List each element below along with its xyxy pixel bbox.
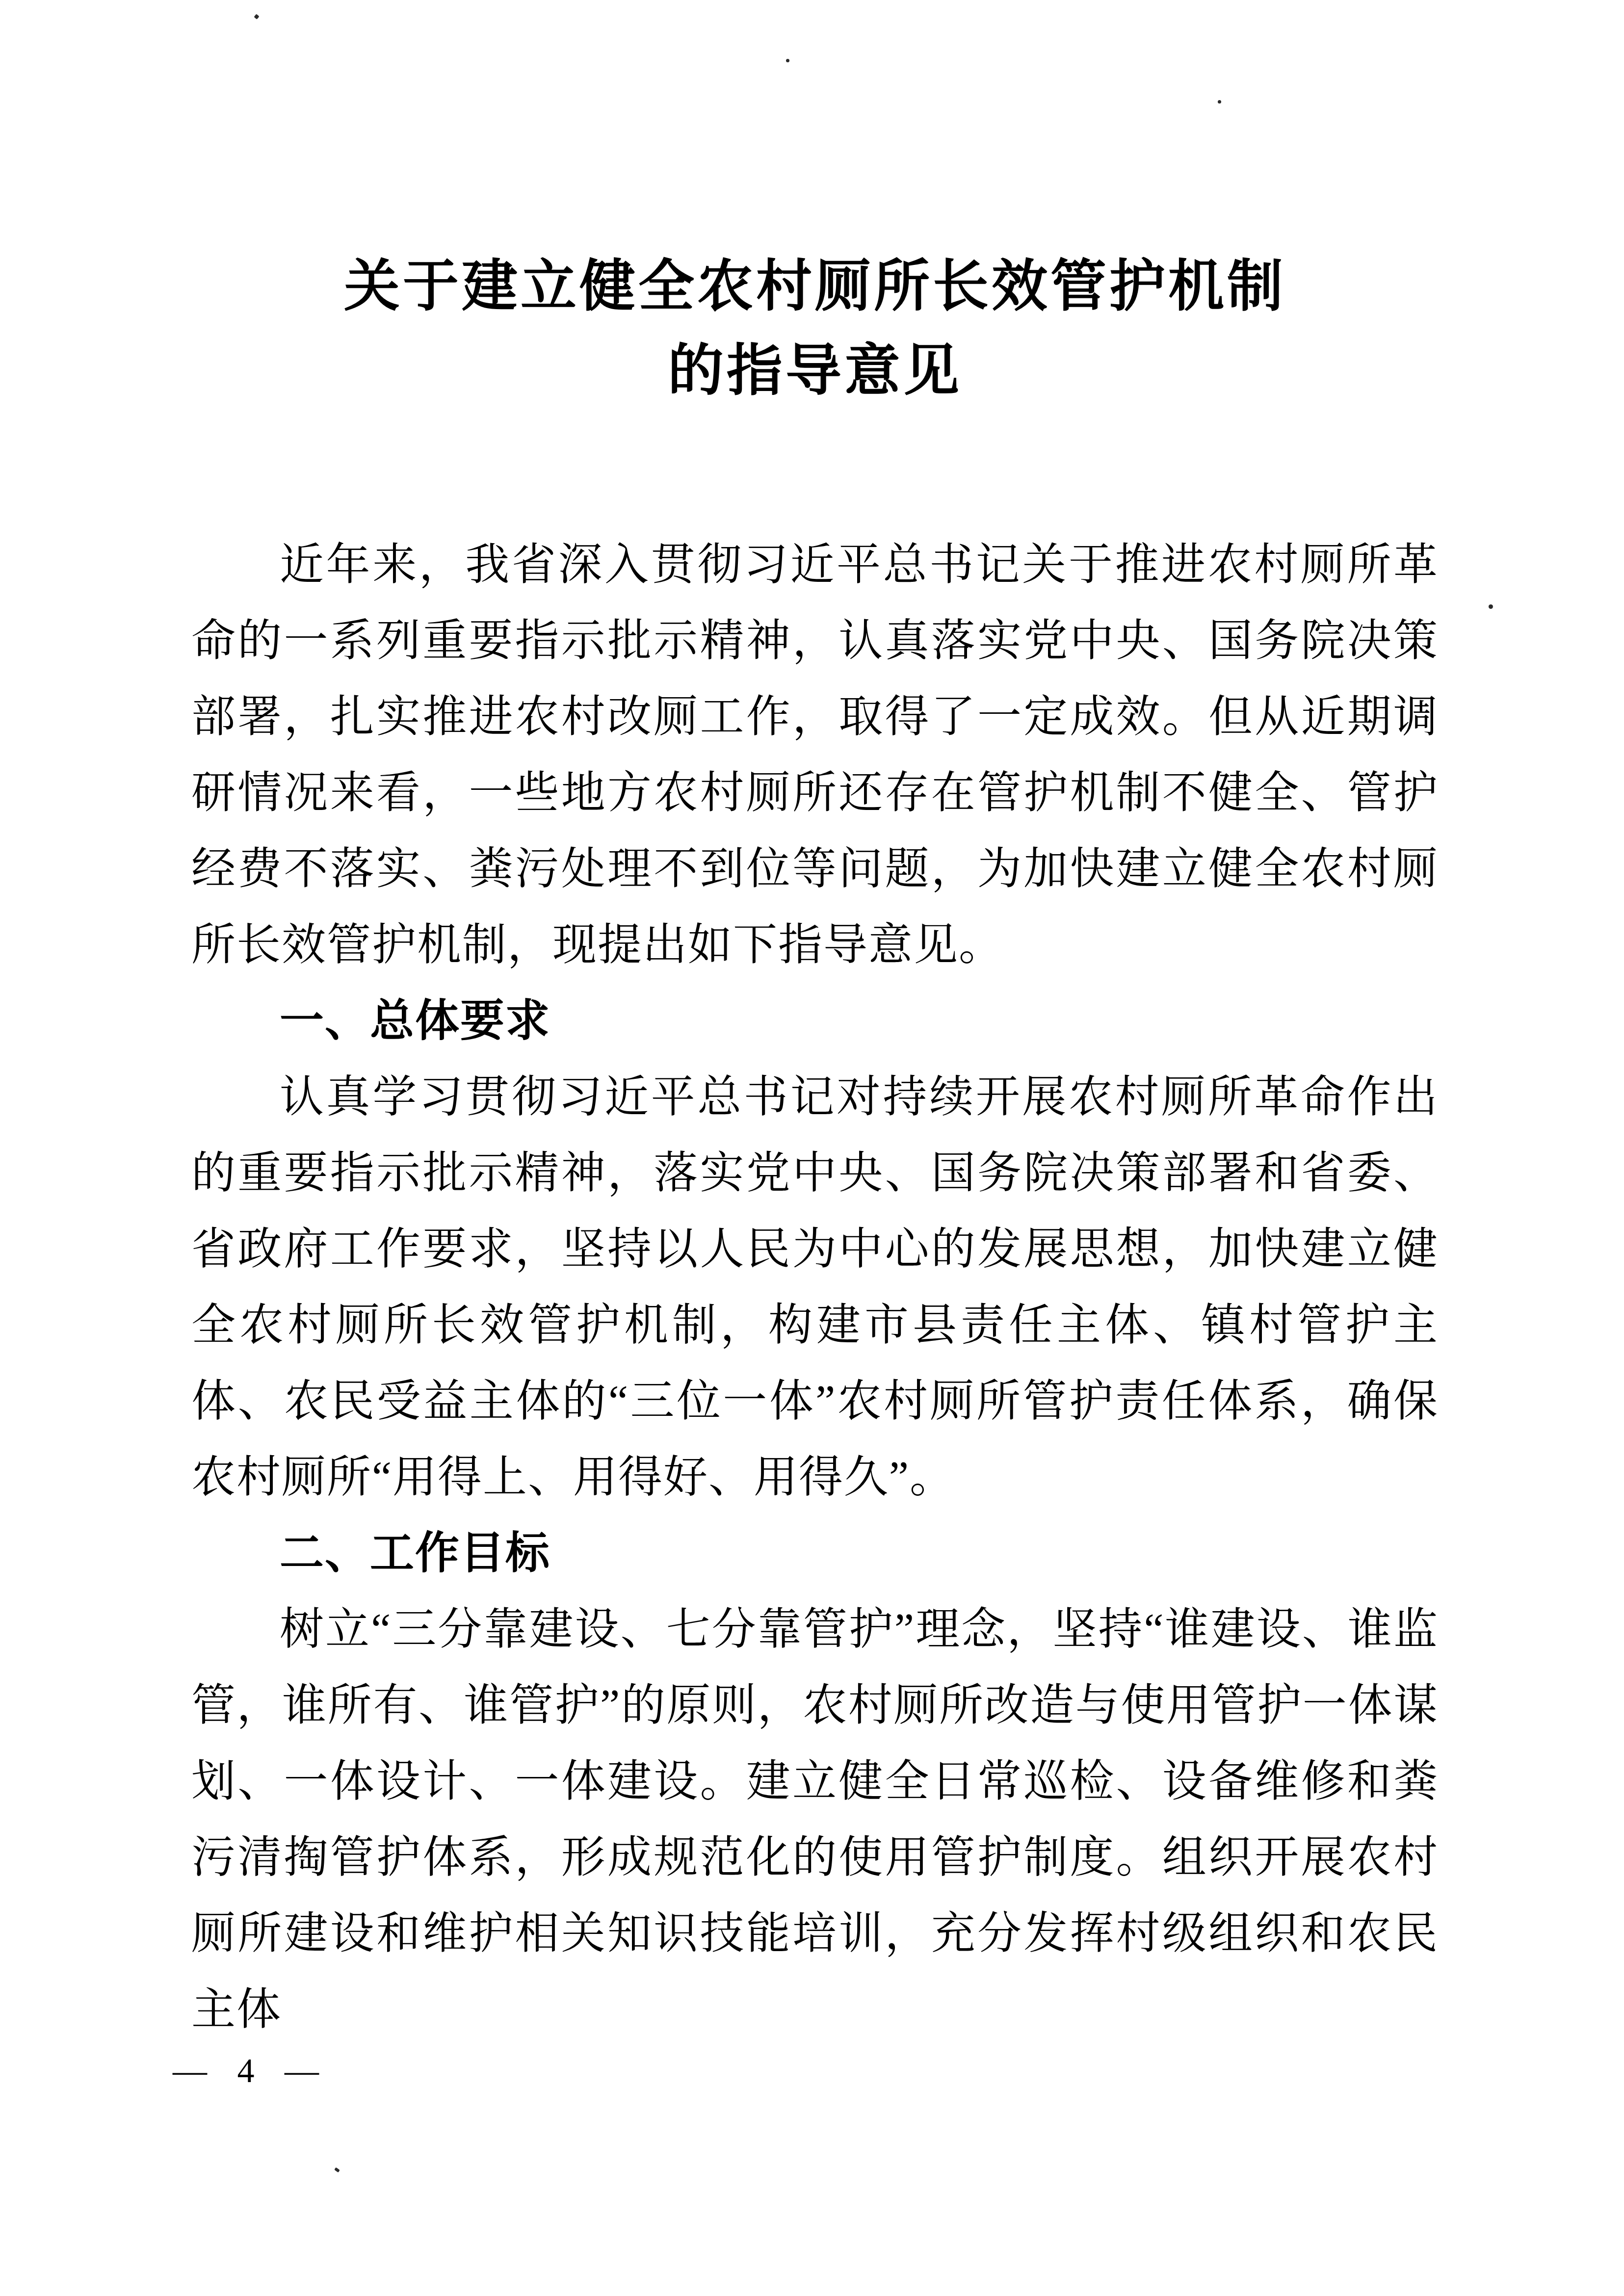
page-number: — 4 — xyxy=(173,2052,330,2091)
section-heading-2: 二、工作目标 xyxy=(191,1515,1439,1592)
scan-speck xyxy=(786,59,789,62)
section-heading-1: 一、总体要求 xyxy=(191,983,1439,1059)
scan-speck xyxy=(1405,1258,1409,1262)
document-title: 关于建立健全农村厕所长效管护机制 的指导意见 xyxy=(191,244,1439,413)
scan-speck xyxy=(334,2167,340,2173)
paragraph-section-2: 树立“三分靠建设、七分靠管护”理念，坚持“谁建设、谁监管，谁所有、谁管护”的原则… xyxy=(191,1592,1439,2048)
paragraph-intro: 近年来，我省深入贯彻习近平总书记关于推进农村厕所革命的一系列重要指示批示精神，认… xyxy=(191,527,1439,983)
scan-speck xyxy=(254,14,259,19)
document-content: 关于建立健全农村厕所长效管护机制 的指导意见 近年来，我省深入贯彻习近平总书记关… xyxy=(191,244,1439,2048)
document-title-line2: 的指导意见 xyxy=(191,329,1439,413)
scanned-document-page: 关于建立健全农村厕所长效管护机制 的指导意见 近年来，我省深入贯彻习近平总书记关… xyxy=(0,0,1624,2296)
paragraph-section-1: 认真学习贯彻习近平总书记对持续开展农村厕所革命作出的重要指示批示精神，落实党中央… xyxy=(191,1059,1439,1515)
scan-speck xyxy=(1489,604,1493,609)
document-title-line1: 关于建立健全农村厕所长效管护机制 xyxy=(191,244,1439,329)
scan-speck xyxy=(1218,100,1221,104)
